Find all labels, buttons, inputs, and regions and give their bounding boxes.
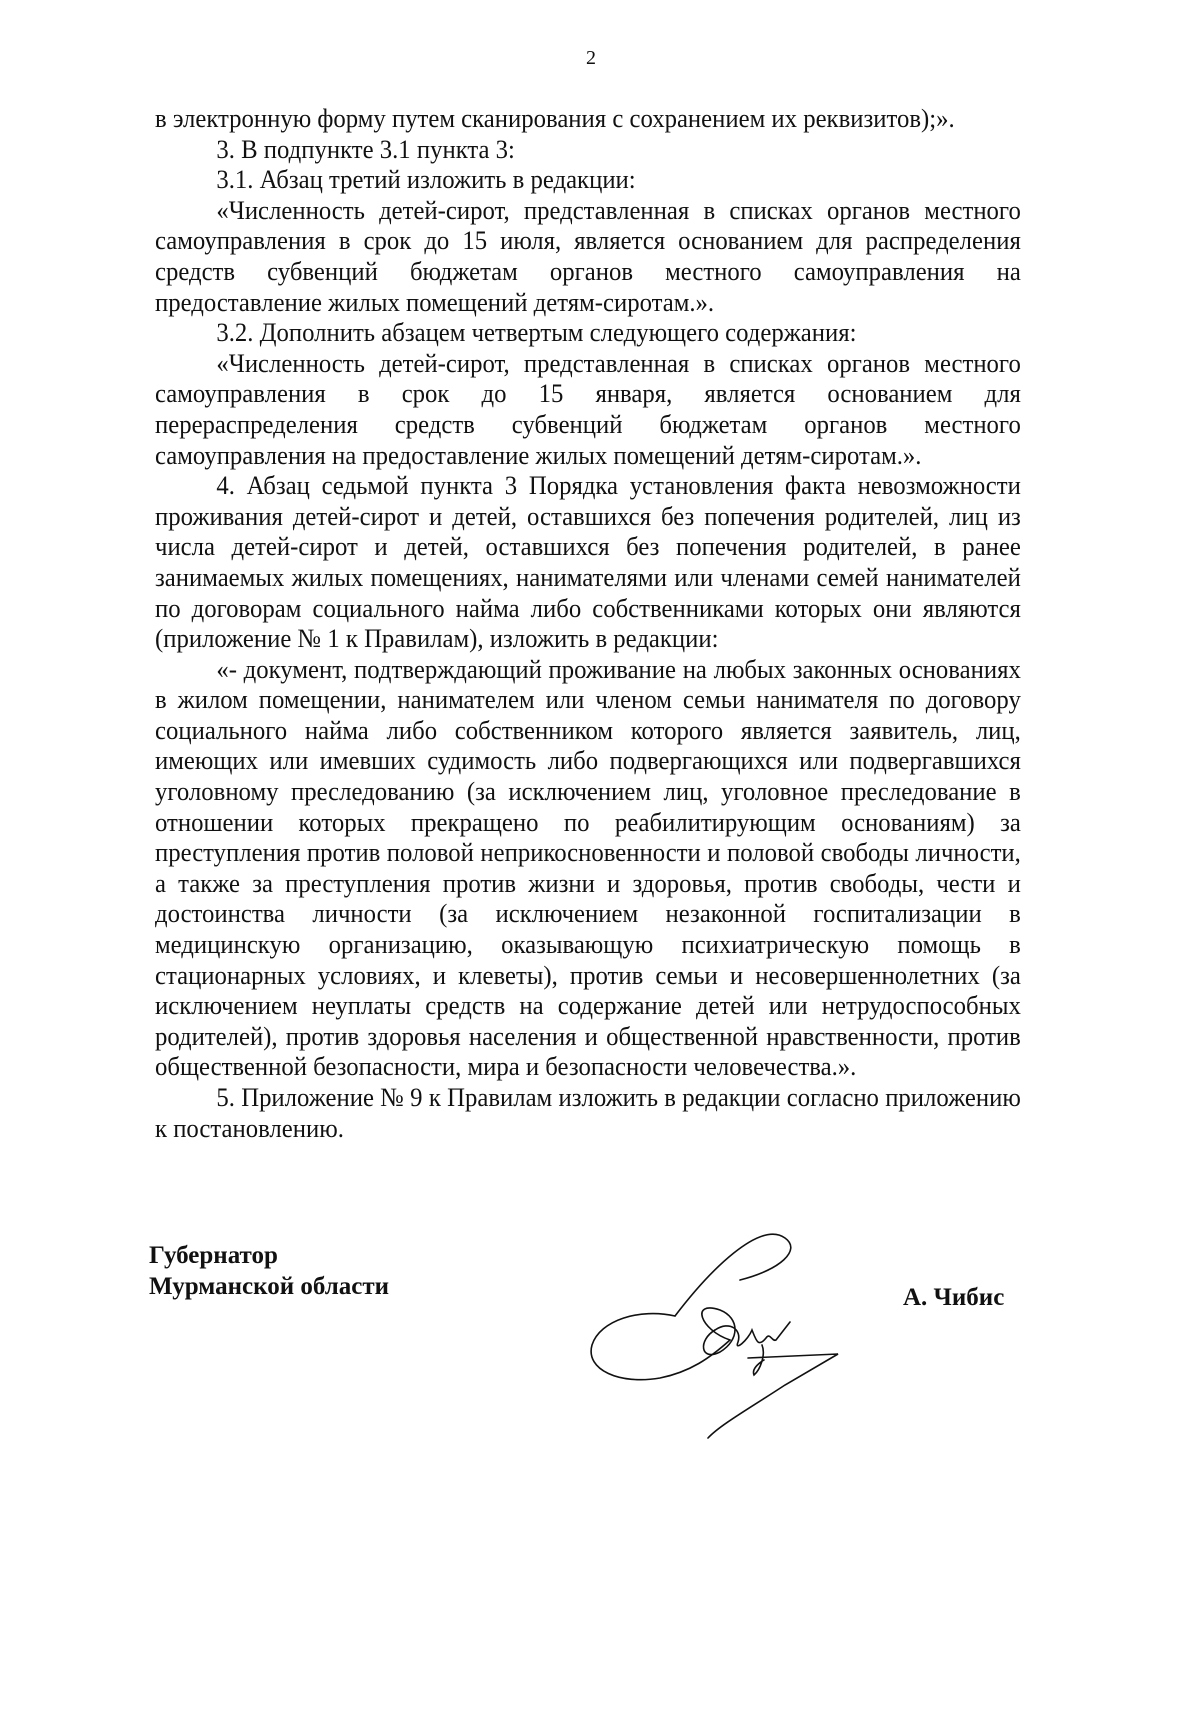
paragraph-quote-3-2: «Численность детей-сирот, представленная… bbox=[155, 348, 1021, 470]
page-number: 2 bbox=[0, 44, 1182, 72]
paragraph-item-3-1: 3.1. Абзац третий изложить в редакции: bbox=[155, 164, 1021, 195]
paragraph-quote-4: «- документ, подтверждающий проживание н… bbox=[155, 654, 1021, 1082]
signatory-title-line1: Губернатор bbox=[149, 1240, 389, 1271]
signature-block: Губернатор Мурманской области А. Чибис bbox=[0, 1240, 1200, 1500]
paragraph-item-3-2: 3.2. Дополнить абзацем четвертым следующ… bbox=[155, 317, 1021, 348]
paragraph-item-3: 3. В подпункте 3.1 пункта 3: bbox=[155, 134, 1021, 165]
signatory-title-line2: Мурманской области bbox=[149, 1271, 389, 1302]
paragraph-item-4: 4. Абзац седьмой пункта 3 Порядка устано… bbox=[155, 470, 1021, 654]
handwritten-signature-icon bbox=[580, 1180, 840, 1440]
paragraph-item-5: 5. Приложение № 9 к Правилам изложить в … bbox=[155, 1082, 1021, 1143]
signatory-name: А. Чибис bbox=[903, 1282, 1004, 1313]
document-body: в электронную форму путем сканирования с… bbox=[155, 103, 1021, 1143]
paragraph-continuation: в электронную форму путем сканирования с… bbox=[155, 103, 1021, 134]
paragraph-quote-3-1: «Численность детей-сирот, представленная… bbox=[155, 195, 1021, 317]
signatory-title: Губернатор Мурманской области bbox=[149, 1240, 389, 1302]
